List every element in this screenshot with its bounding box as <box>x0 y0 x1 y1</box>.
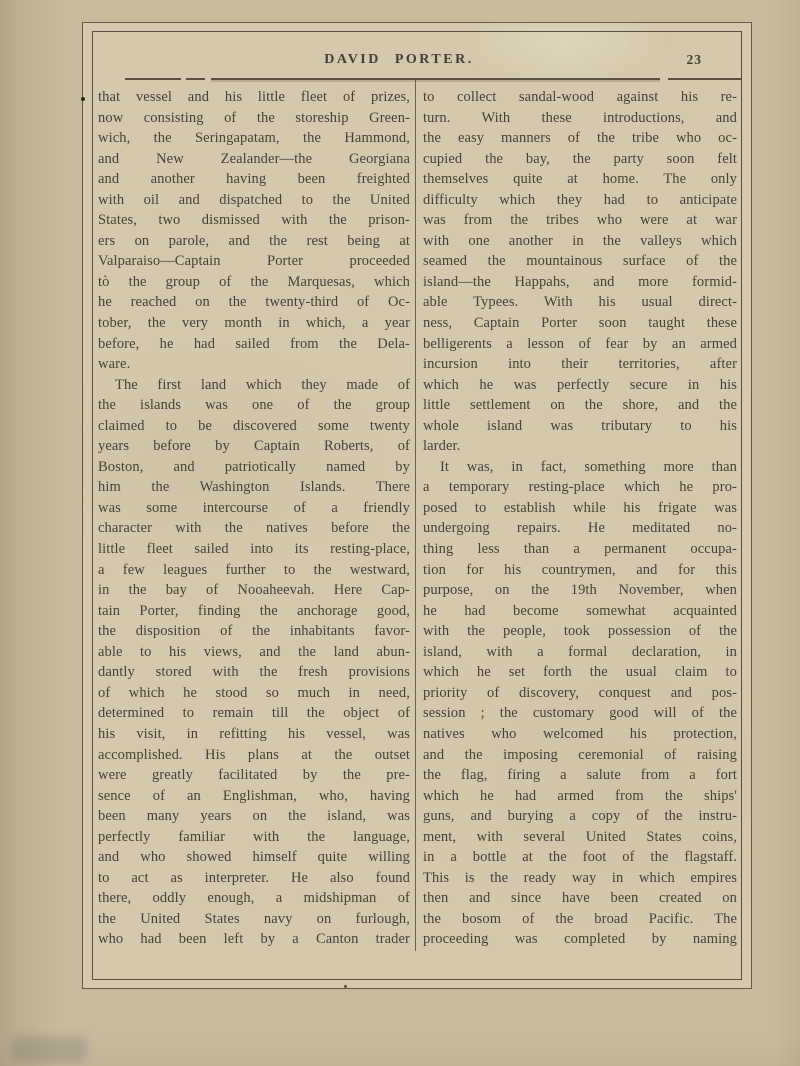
text-line: little fleet sailed into its resting-pla… <box>98 539 410 560</box>
text-line: was from the tribes who were at war <box>423 210 737 231</box>
text-line: thing less than a permanent occupa- <box>423 539 737 560</box>
text-line: been many years on the island, was <box>98 806 410 827</box>
text-line: he had become somewhat acquainted <box>423 601 737 622</box>
text-line: Valparaiso—Captain Porter proceeded <box>98 251 410 272</box>
text-line: seamed the mountainous surface of the <box>423 251 737 272</box>
text-line: guns, and burying a copy of the instru- <box>423 806 737 827</box>
text-line: which he had armed from the ships' <box>423 786 737 807</box>
text-line: he reached on the twenty-third of Oc- <box>98 292 410 313</box>
running-header: DAVID PORTER. 23 <box>93 52 741 70</box>
text-line: ment, with several United States coins, <box>423 827 737 848</box>
text-line: to collect sandal-wood against his re- <box>423 87 737 108</box>
text-line: island, with a formal declaration, in <box>423 642 737 663</box>
text-line: belligerents a lesson of fear by an arme… <box>423 334 737 355</box>
text-line: the United States navy on furlough, <box>98 909 410 930</box>
text-line: a temporary resting-place which he pro- <box>423 477 737 498</box>
text-line: in a bottle at the foot of the flagstaff… <box>423 847 737 868</box>
text-line: able to his views, and the land abun- <box>98 642 410 663</box>
text-line: with oil and dispatched to the United <box>98 190 410 211</box>
text-line: wich, the Seringapatam, the Hammond, <box>98 128 410 149</box>
text-line: that vessel and his little fleet of priz… <box>98 87 410 108</box>
text-line: incursion into their territories, after <box>423 354 737 375</box>
header-rule-segment <box>668 78 741 80</box>
text-line: It was, in fact, something more than <box>423 457 737 478</box>
page-border-inner: DAVID PORTER. 23 that vessel and his lit… <box>92 31 742 980</box>
text-line: This is the ready way in which empires <box>423 868 737 889</box>
text-line: accomplished. His plans at the outset <box>98 745 410 766</box>
text-line: the islands was one of the group <box>98 395 410 416</box>
text-line: now consisting of the storeship Green- <box>98 108 410 129</box>
scan-shadow-stain <box>12 1036 86 1062</box>
header-rule-segment <box>211 78 660 80</box>
text-line: tain Porter, finding the anchorage good, <box>98 601 410 622</box>
text-line: the flag, firing a salute from a fort <box>423 765 737 786</box>
text-line: States, two dismissed with the prison- <box>98 210 410 231</box>
text-line: priority of discovery, conquest and pos- <box>423 683 737 704</box>
text-line: were greatly facilitated by the pre- <box>98 765 410 786</box>
text-line: who had been left by a Canton trader <box>98 929 410 950</box>
text-line: before, he had sailed from the Dela- <box>98 334 410 355</box>
text-line: with one another in the valleys which <box>423 231 737 252</box>
text-line: turn. With these introductions, and <box>423 108 737 129</box>
text-line: there, oddly enough, a midshipman of <box>98 888 410 909</box>
text-line: tober, the very month in which, a year <box>98 313 410 334</box>
header-rule-segment <box>186 78 205 80</box>
text-line: proceeding was completed by naming <box>423 929 737 950</box>
text-line: his visit, in refitting his vessel, was <box>98 724 410 745</box>
text-line: ware. <box>98 354 410 375</box>
text-column-left: that vessel and his little fleet of priz… <box>98 87 410 950</box>
text-line: difficulty which they had to anticipate <box>423 190 737 211</box>
text-line: the bosom of the broad Pacific. The <box>423 909 737 930</box>
text-line: which he was perfectly secure in his <box>423 375 737 396</box>
text-line: in the bay of Nooaheevah. Here Cap- <box>98 580 410 601</box>
header-rule-segment <box>125 78 181 80</box>
text-line: themselves quite at home. The only <box>423 169 737 190</box>
text-line: and who showed himself quite willing <box>98 847 410 868</box>
text-line: then and since have been created on <box>423 888 737 909</box>
text-line: and another having been freighted <box>98 169 410 190</box>
text-column-right: to collect sandal-wood against his re-tu… <box>423 87 737 950</box>
text-line: perfectly familiar with the language, <box>98 827 410 848</box>
text-line: The first land which they made of <box>98 375 410 396</box>
text-line: which he set forth the usual claim to <box>423 662 737 683</box>
text-line: able Typees. With his usual direct- <box>423 292 737 313</box>
text-line: and New Zealander—the Georgiana <box>98 149 410 170</box>
text-line: sence of an Englishman, who, having <box>98 786 410 807</box>
text-line: with the people, took possession of the <box>423 621 737 642</box>
text-line: posed to establish while his frigate was <box>423 498 737 519</box>
text-line: the disposition of the inhabitants favor… <box>98 621 410 642</box>
text-line: a few leagues further to the westward, <box>98 560 410 581</box>
text-line: was some intercourse of a friendly <box>98 498 410 519</box>
text-line: ness, Captain Porter soon taught these <box>423 313 737 334</box>
text-line: tò the group of the Marquesas, which <box>98 272 410 293</box>
text-line: him the Washington Islands. There <box>98 477 410 498</box>
text-line: character with the natives before the <box>98 518 410 539</box>
text-line: island—the Happahs, and more formid- <box>423 272 737 293</box>
text-line: cupied the bay, the party soon felt <box>423 149 737 170</box>
text-line: tion for his countrymen, and for this <box>423 560 737 581</box>
text-line: whole island was tributary to his <box>423 416 737 437</box>
text-line: and the imposing ceremonial of raising <box>423 745 737 766</box>
text-line: purpose, on the 19th November, when <box>423 580 737 601</box>
text-line: years before by Captain Roberts, of <box>98 436 410 457</box>
header-rule <box>93 77 741 81</box>
text-line: session ; the customary good will of the <box>423 703 737 724</box>
column-divider <box>415 79 416 951</box>
book-page-scan: DAVID PORTER. 23 that vessel and his lit… <box>0 0 800 1066</box>
text-line: of which he stood so much in need, <box>98 683 410 704</box>
text-line: determined to remain till the object of <box>98 703 410 724</box>
ink-speck <box>344 985 347 988</box>
page-title: DAVID PORTER. <box>93 52 705 68</box>
ink-speck <box>81 97 85 101</box>
text-line: little settlement on the shore, and the <box>423 395 737 416</box>
text-line: claimed to be discovered some twenty <box>98 416 410 437</box>
text-line: larder. <box>423 436 737 457</box>
text-line: natives who welcomed his protection, <box>423 724 737 745</box>
text-line: ers on parole, and the rest being at <box>98 231 410 252</box>
text-line: undergoing repairs. He meditated no- <box>423 518 737 539</box>
text-line: Boston, and patriotically named by <box>98 457 410 478</box>
text-line: to act as interpreter. He also found <box>98 868 410 889</box>
text-line: dantly stored with the fresh provisions <box>98 662 410 683</box>
text-line: the easy manners of the tribe who oc- <box>423 128 737 149</box>
page-number: 23 <box>687 52 703 68</box>
